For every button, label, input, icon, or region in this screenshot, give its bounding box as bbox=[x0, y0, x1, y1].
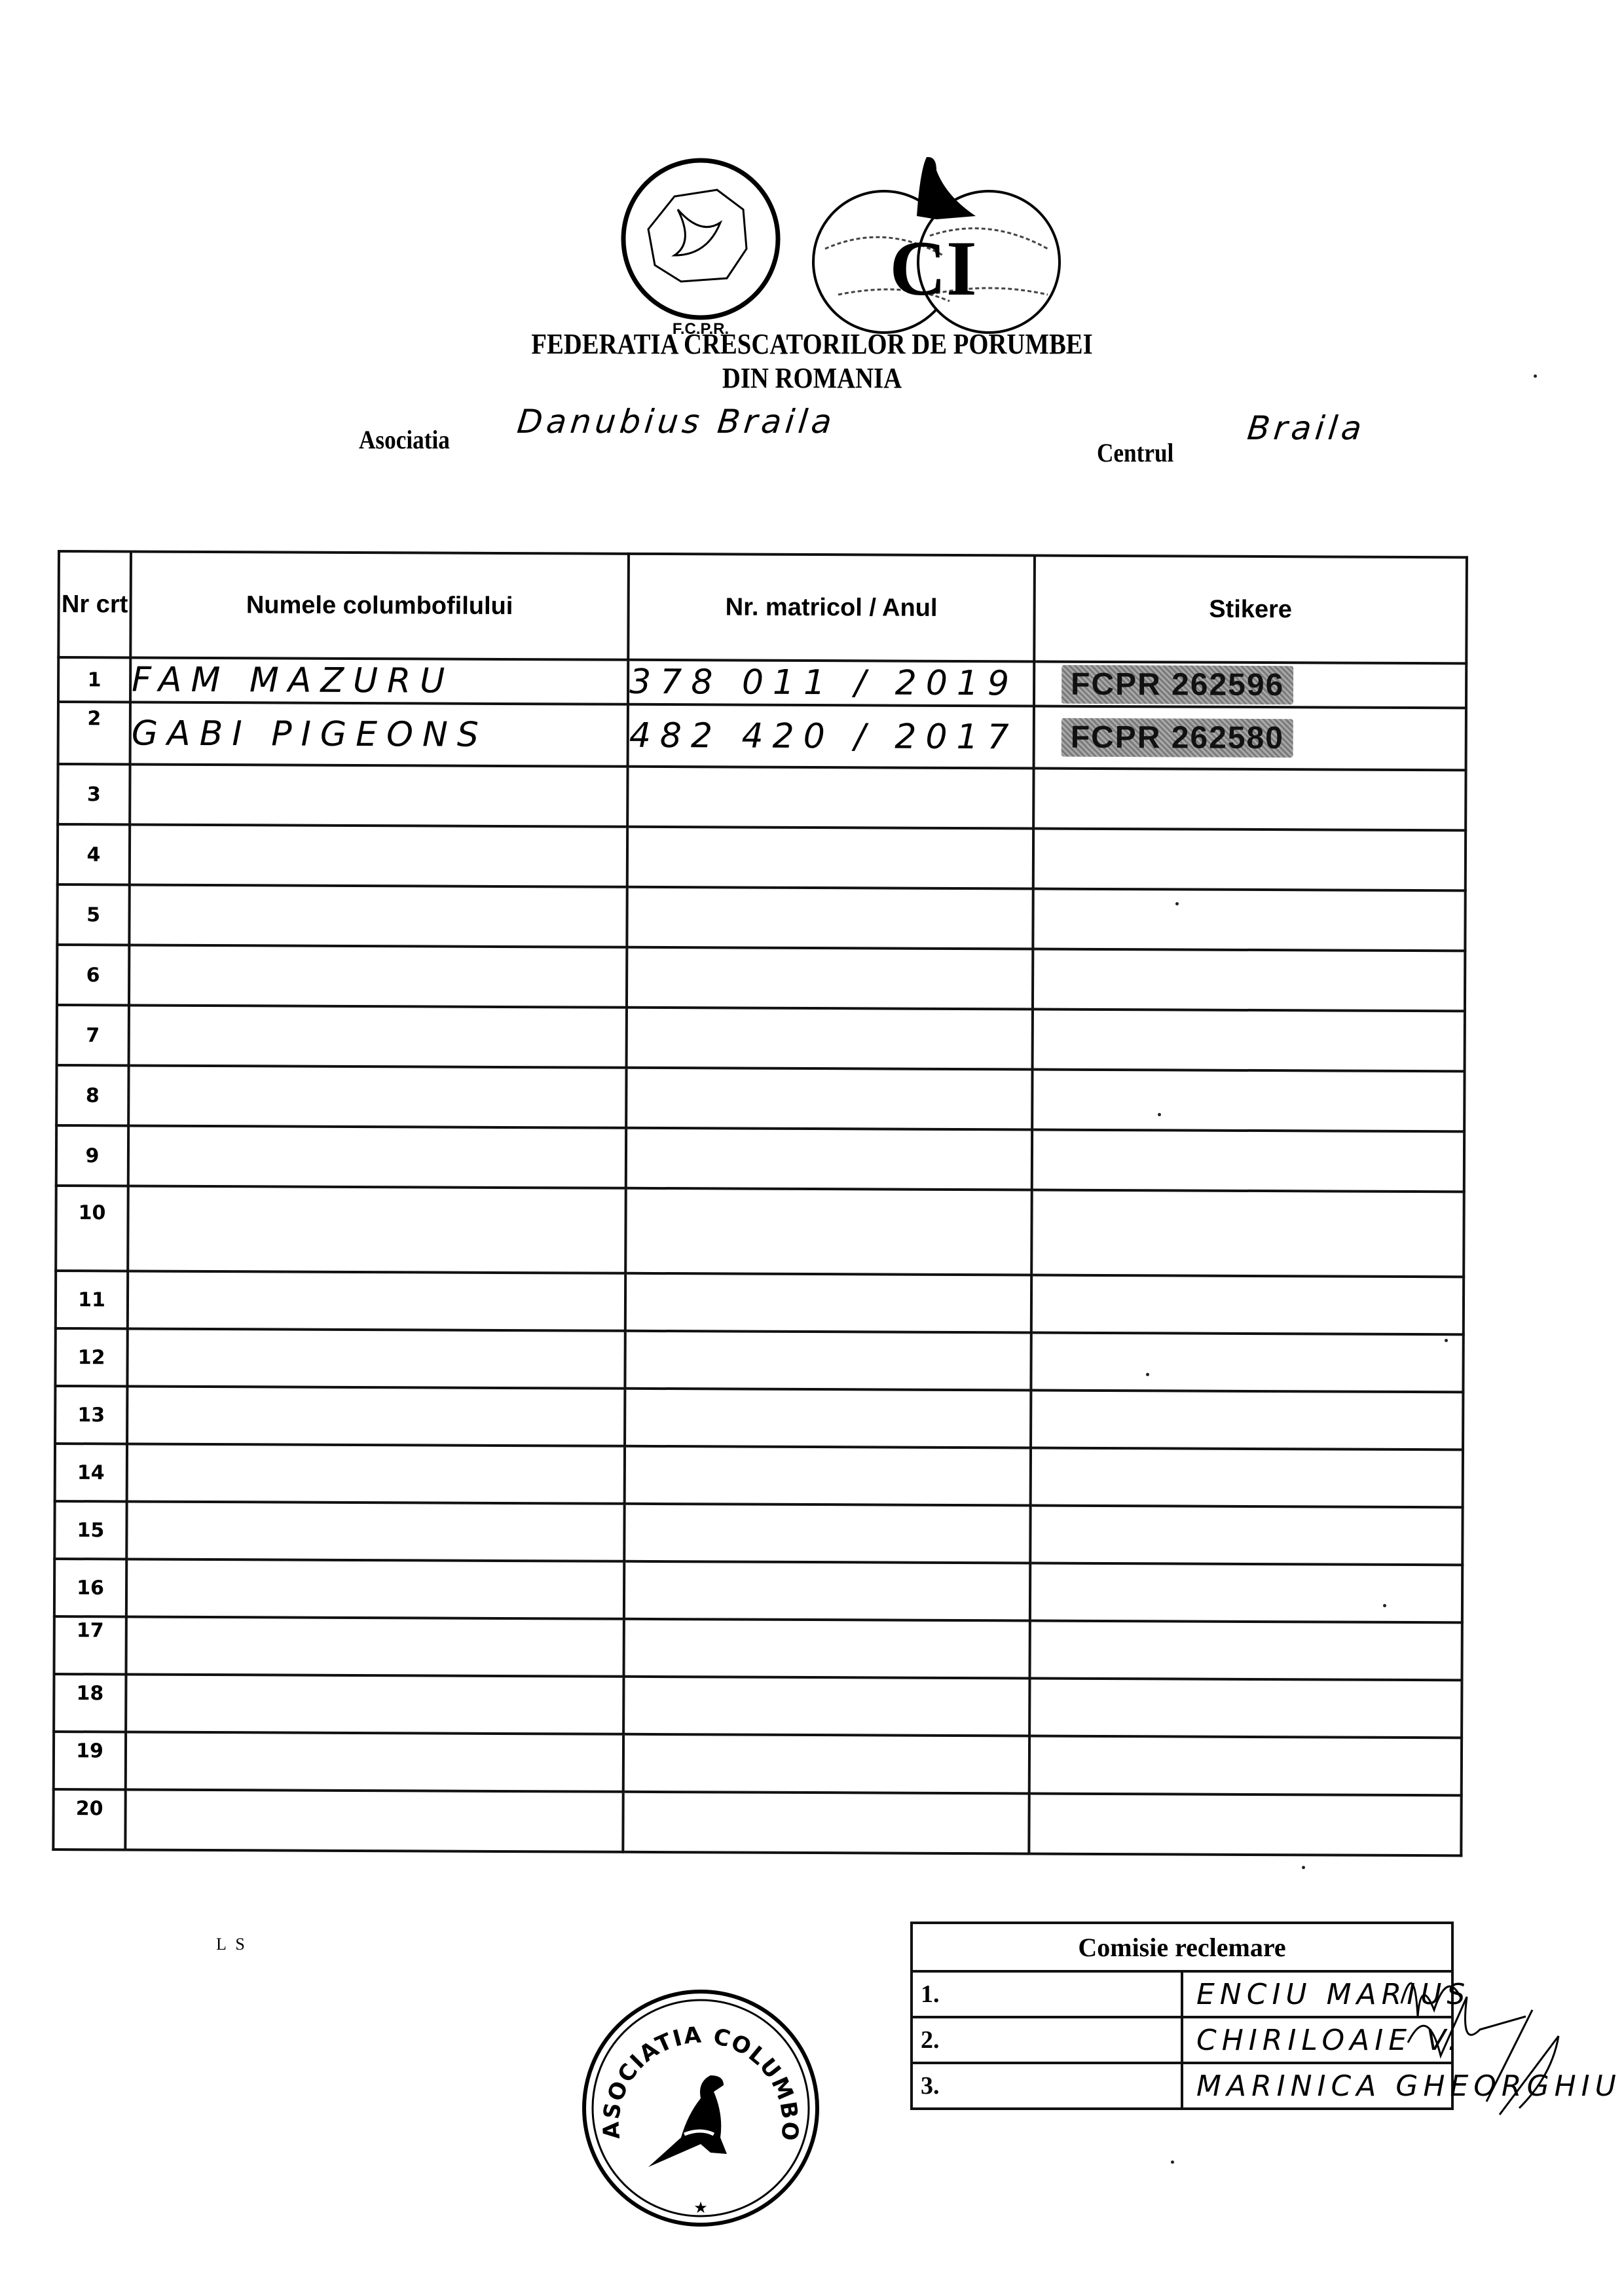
table-row: 18 bbox=[54, 1674, 1462, 1738]
table-row: 3 bbox=[58, 764, 1466, 830]
table-row: 11 bbox=[56, 1271, 1464, 1334]
centrul-value[interactable]: Braila bbox=[1246, 409, 1367, 447]
name-cell[interactable] bbox=[130, 764, 627, 826]
matricol-cell[interactable] bbox=[624, 1504, 1030, 1563]
scan-speck bbox=[1383, 1604, 1386, 1607]
sticker-cell[interactable]: FCPR 262596 bbox=[1034, 662, 1466, 708]
matricol-cell[interactable] bbox=[625, 1188, 1032, 1275]
commission-row: 2. CHIRILOAIE V. bbox=[912, 2017, 1452, 2063]
commission-index: 3. bbox=[912, 2063, 1182, 2109]
row-number: 13 bbox=[55, 1386, 127, 1444]
name-cell[interactable] bbox=[128, 1125, 626, 1188]
row-number: 5 bbox=[57, 884, 129, 945]
name-cell[interactable] bbox=[128, 1186, 626, 1273]
sticker-cell[interactable] bbox=[1031, 1275, 1464, 1334]
header-nr-matricol-anul: Nr. matricol / Anul bbox=[628, 554, 1035, 662]
scan-speck bbox=[1171, 2160, 1174, 2164]
name-cell[interactable] bbox=[128, 1065, 626, 1127]
name-cell[interactable] bbox=[130, 824, 627, 886]
sticker-cell[interactable] bbox=[1031, 1448, 1463, 1507]
row-number: 1 bbox=[58, 657, 130, 702]
matricol-cell[interactable] bbox=[625, 1389, 1031, 1448]
svg-text:★: ★ bbox=[693, 2200, 708, 2217]
sticker-label: FCPR 262596 bbox=[1061, 665, 1293, 704]
matricol-cell[interactable] bbox=[625, 1446, 1031, 1506]
scan-speck bbox=[1175, 902, 1179, 905]
matricol-cell[interactable] bbox=[627, 1008, 1033, 1070]
row-number: 15 bbox=[54, 1501, 126, 1559]
name-cell[interactable] bbox=[129, 1005, 627, 1067]
federation-title: FEDERATIA CRESCATORILOR DE PORUMBEI DIN … bbox=[98, 327, 1526, 395]
row-number: 20 bbox=[53, 1789, 125, 1850]
sticker-cell[interactable] bbox=[1031, 1390, 1463, 1449]
row-number: 9 bbox=[56, 1125, 128, 1186]
asociatia-value[interactable]: Danubius Braila bbox=[515, 403, 838, 441]
sticker-cell[interactable] bbox=[1033, 949, 1465, 1011]
fci-globe-logo-icon: CI bbox=[805, 144, 1061, 340]
ls-label: L S bbox=[216, 1935, 248, 1954]
table-row: 5 bbox=[57, 884, 1465, 951]
row-number: 8 bbox=[56, 1065, 128, 1125]
table-row: 6 bbox=[57, 945, 1465, 1011]
scan-speck bbox=[1534, 374, 1537, 378]
commission-index: 1. bbox=[912, 1971, 1182, 2017]
sticker-cell[interactable] bbox=[1031, 1332, 1463, 1392]
signatures-icon bbox=[1388, 1958, 1604, 2121]
row-number: 19 bbox=[54, 1732, 126, 1789]
fcpr-logo-icon: F.C.P.R. bbox=[602, 151, 799, 340]
table-row: 13 bbox=[55, 1386, 1463, 1449]
table-row: 8 bbox=[56, 1065, 1464, 1131]
name-cell[interactable] bbox=[127, 1444, 625, 1503]
row-number: 11 bbox=[56, 1271, 128, 1328]
matricol-cell[interactable] bbox=[627, 827, 1033, 889]
name-cell[interactable] bbox=[128, 1271, 625, 1330]
matricol-cell[interactable] bbox=[627, 947, 1033, 1010]
table-row: 19 bbox=[54, 1732, 1462, 1795]
table-row: 2 GABI PIGEONS 482 420 / 2017 FCPR 26258… bbox=[58, 702, 1466, 770]
row-number: 10 bbox=[56, 1186, 128, 1271]
row-number: 12 bbox=[55, 1328, 127, 1386]
sticker-cell[interactable] bbox=[1029, 1793, 1461, 1855]
matricol-cell[interactable]: 482 420 / 2017 bbox=[628, 704, 1034, 769]
name-cell[interactable] bbox=[129, 945, 627, 1007]
header-nr-crt: Nr crt bbox=[58, 551, 131, 657]
sticker-cell[interactable] bbox=[1033, 889, 1465, 951]
header-logos: F.C.P.R. CI bbox=[563, 144, 1087, 347]
matricol-cell[interactable] bbox=[627, 887, 1033, 949]
matricol-cell[interactable] bbox=[623, 1677, 1029, 1736]
matricol-cell[interactable] bbox=[623, 1792, 1029, 1854]
sticker-cell[interactable] bbox=[1032, 1070, 1464, 1132]
name-cell[interactable] bbox=[127, 1386, 625, 1446]
sticker-cell[interactable] bbox=[1033, 769, 1466, 831]
federation-title-line2: DIN ROMANIA bbox=[98, 361, 1526, 395]
header-stikere: Stikere bbox=[1034, 556, 1467, 664]
row-number: 14 bbox=[55, 1444, 127, 1501]
row-number: 2 bbox=[58, 702, 130, 764]
table-row: 1 FAM MAZURU 378 011 / 2019 FCPR 262596 bbox=[58, 657, 1466, 708]
pigeon-register-table: Nr crt Numele columbofilului Nr. matrico… bbox=[52, 550, 1468, 1857]
table-row: 16 bbox=[54, 1559, 1462, 1622]
matricol-cell[interactable] bbox=[625, 1331, 1031, 1391]
sticker-cell[interactable] bbox=[1029, 1736, 1462, 1795]
name-cell[interactable] bbox=[126, 1732, 623, 1791]
table-row: 14 bbox=[55, 1444, 1463, 1507]
matricol-cell[interactable] bbox=[626, 1068, 1032, 1130]
name-cell[interactable] bbox=[125, 1789, 623, 1851]
association-stamp-icon: ASOCIATIA COLUMBOFILA DANUBIUS BRAILA ★ bbox=[576, 1984, 825, 2232]
table-row: 15 bbox=[54, 1501, 1462, 1565]
table-row: 20 bbox=[53, 1789, 1461, 1855]
commission-row: 1. ENCIU MARIUS bbox=[912, 1971, 1452, 2017]
sticker-cell[interactable] bbox=[1029, 1678, 1462, 1738]
table-row: 10 bbox=[56, 1186, 1464, 1277]
row-number: 18 bbox=[54, 1674, 126, 1732]
table-header-row: Nr crt Numele columbofilului Nr. matrico… bbox=[58, 551, 1467, 663]
matricol-cell[interactable] bbox=[625, 1273, 1031, 1333]
matricol-cell[interactable]: 378 011 / 2019 bbox=[628, 660, 1034, 706]
svg-text:CI: CI bbox=[889, 225, 976, 312]
name-cell[interactable]: GABI PIGEONS bbox=[130, 702, 628, 766]
commission-index: 2. bbox=[912, 2017, 1182, 2063]
sticker-label: FCPR 262580 bbox=[1061, 718, 1293, 758]
name-cell[interactable]: FAM MAZURU bbox=[130, 657, 628, 704]
matricol-cell[interactable] bbox=[623, 1734, 1029, 1794]
name-cell[interactable] bbox=[126, 1559, 624, 1618]
sticker-cell[interactable] bbox=[1031, 1190, 1464, 1277]
matricol-cell[interactable] bbox=[627, 767, 1033, 829]
sticker-cell[interactable] bbox=[1030, 1505, 1462, 1565]
name-cell[interactable] bbox=[129, 884, 627, 947]
row-number: 4 bbox=[58, 824, 130, 884]
scan-speck bbox=[1445, 1339, 1448, 1342]
row-number: 16 bbox=[54, 1559, 126, 1616]
sticker-cell[interactable] bbox=[1030, 1563, 1462, 1622]
table-row: 7 bbox=[57, 1005, 1465, 1071]
scan-speck bbox=[1302, 1866, 1305, 1869]
scan-speck bbox=[1146, 1373, 1149, 1376]
sticker-cell[interactable]: FCPR 262580 bbox=[1034, 706, 1466, 771]
centrul-label: Centrul bbox=[1097, 437, 1173, 468]
scan-speck bbox=[1158, 1113, 1161, 1116]
row-number: 3 bbox=[58, 764, 130, 824]
sticker-cell[interactable] bbox=[1033, 829, 1466, 891]
name-cell[interactable] bbox=[126, 1501, 624, 1561]
commission-row: 3. MARINICA GHEORGHIU bbox=[912, 2063, 1452, 2109]
asociatia-label: Asociatia bbox=[359, 424, 450, 455]
header-numele-columbofilului: Numele columbofilului bbox=[130, 551, 629, 659]
table-row: 17 bbox=[54, 1616, 1462, 1680]
commission-title: Comisie reclemare bbox=[912, 1923, 1452, 1971]
federation-title-line1: FEDERATIA CRESCATORILOR DE PORUMBEI bbox=[98, 327, 1526, 361]
name-cell[interactable] bbox=[127, 1328, 625, 1388]
commission-table: Comisie reclemare 1. ENCIU MARIUS 2. CHI… bbox=[910, 1922, 1454, 2110]
matricol-cell[interactable] bbox=[626, 1128, 1032, 1190]
row-number: 7 bbox=[57, 1005, 129, 1065]
name-cell[interactable] bbox=[126, 1616, 624, 1676]
row-number: 17 bbox=[54, 1616, 126, 1674]
row-number: 6 bbox=[57, 945, 129, 1005]
matricol-cell[interactable] bbox=[623, 1619, 1029, 1679]
table-row: 9 bbox=[56, 1125, 1464, 1192]
sticker-cell[interactable] bbox=[1032, 1130, 1464, 1192]
sticker-cell[interactable] bbox=[1033, 1010, 1465, 1072]
matricol-cell[interactable] bbox=[624, 1561, 1030, 1621]
table-row: 12 bbox=[55, 1328, 1463, 1392]
name-cell[interactable] bbox=[126, 1674, 623, 1734]
table-row: 4 bbox=[58, 824, 1466, 890]
sticker-cell[interactable] bbox=[1029, 1620, 1462, 1680]
